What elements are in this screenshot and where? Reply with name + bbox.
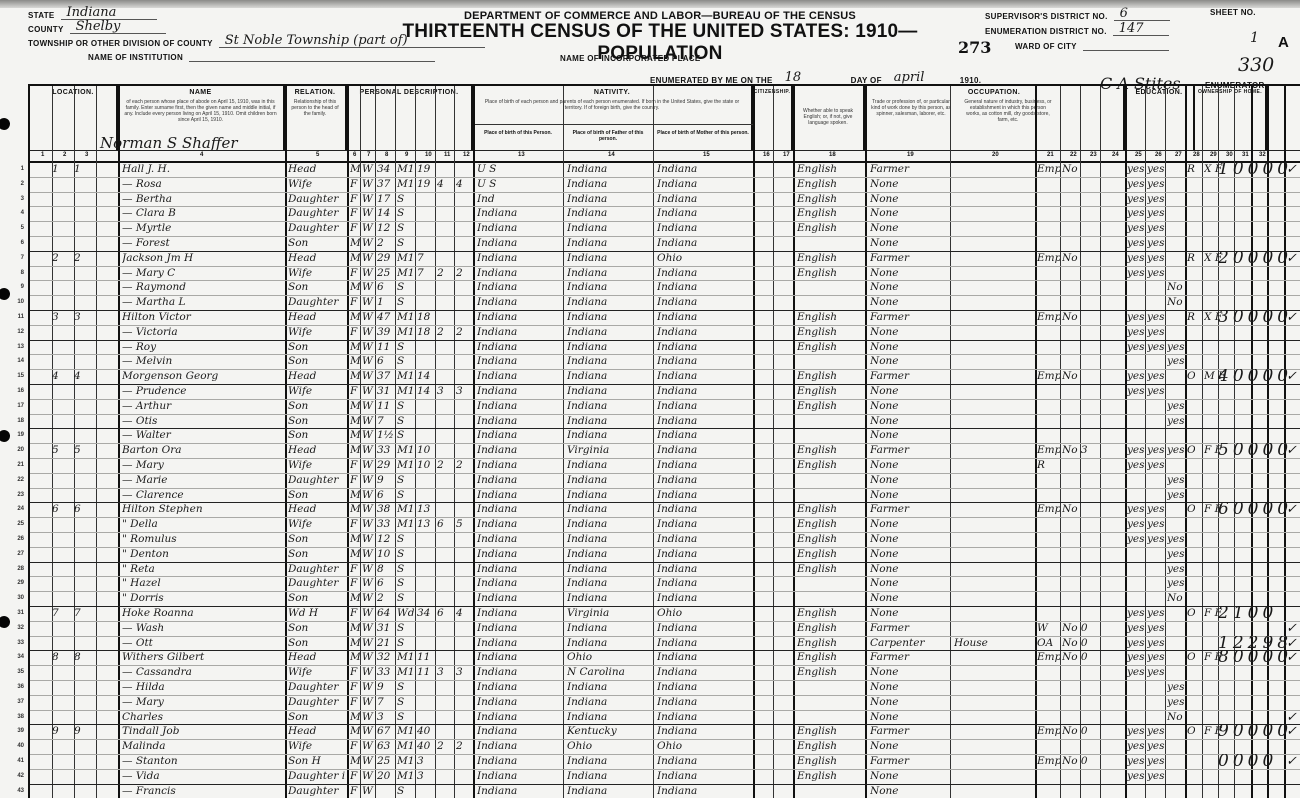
years-married (417, 695, 434, 710)
out-of-work (1062, 458, 1100, 473)
column-number: 22 (1070, 152, 1077, 158)
check-mark (1286, 295, 1300, 310)
years-married: 10 (417, 458, 434, 473)
family-number (74, 784, 94, 798)
birthplace-mother: Indiana (657, 206, 752, 221)
owned-or-rented (1187, 576, 1201, 591)
children-born: 6 (437, 517, 453, 532)
birthplace-person: Indiana (477, 547, 562, 562)
sex: F (350, 739, 360, 754)
section-language: Whether able to speak English; or, if no… (793, 86, 865, 150)
can-write: yes (1147, 650, 1165, 665)
state-label: State (28, 11, 55, 20)
relation: Son (288, 636, 346, 651)
industry (954, 650, 1034, 665)
birthplace-mother: Indiana (657, 621, 752, 636)
sex: M (350, 724, 360, 739)
trade: None (870, 576, 948, 591)
children-living (456, 236, 472, 251)
can-write: yes (1147, 636, 1165, 651)
dwelling-number (52, 266, 72, 281)
marital-status: M1 (397, 724, 415, 739)
person-name: — Vida (122, 769, 284, 784)
table-row: 32— WashSonMW31SIndianaIndianaIndianaEng… (30, 621, 1300, 637)
industry (954, 251, 1034, 266)
check-mark (1286, 340, 1300, 355)
check-mark: ✓ (1286, 162, 1300, 177)
birthplace-father: Ohio (567, 650, 652, 665)
trade: None (870, 428, 948, 443)
birthplace-person: Indiana (477, 280, 562, 295)
birthplace-person: Indiana (477, 606, 562, 621)
check-mark (1286, 517, 1300, 532)
language: English (797, 636, 863, 651)
owned-or-rented (1187, 266, 1201, 281)
education-heading: EDUCATION. (1125, 86, 1193, 96)
birthplace-father: Indiana (567, 384, 652, 399)
column-number: 3 (85, 152, 88, 158)
relation: Son (288, 621, 346, 636)
farm-schedule-number (1218, 562, 1288, 577)
line-number: 6 (8, 236, 24, 251)
check-mark (1286, 354, 1300, 369)
line-number: 18 (8, 414, 24, 429)
language: English (797, 266, 863, 281)
dwelling-number: 2 (52, 251, 72, 266)
marital-status: S (397, 562, 415, 577)
industry-heading: General nature of industry, business, or… (957, 96, 1059, 126)
employer-status (1037, 695, 1060, 710)
birthplace-mother: Indiana (657, 724, 752, 739)
can-write: yes (1147, 369, 1165, 384)
employer-status (1037, 340, 1060, 355)
nativity-heading: NATIVITY. (473, 86, 751, 96)
employer-status (1037, 576, 1060, 591)
table-row: 29" HazelDaughterFW6SIndianaIndianaIndia… (30, 576, 1300, 592)
birthplace-father: Indiana (567, 621, 652, 636)
can-write: yes (1147, 177, 1165, 192)
language: English (797, 502, 863, 517)
language: English (797, 532, 863, 547)
years-married (417, 710, 434, 725)
relation-instructions: Relationship of this person to the head … (285, 96, 345, 120)
race: W (362, 369, 374, 384)
can-read: yes (1127, 517, 1145, 532)
birthplace-father: Indiana (567, 502, 652, 517)
trade: Farmer (870, 251, 948, 266)
children-living (456, 414, 472, 429)
birthplace-person: Indiana (477, 517, 562, 532)
sex: F (350, 517, 360, 532)
table-row: 2055Barton OraHeadMW33M110IndianaVirgini… (30, 443, 1300, 459)
farm-schedule-number (1218, 710, 1288, 725)
line-number: 24 (8, 502, 24, 517)
can-read: yes (1127, 739, 1145, 754)
race: W (362, 295, 374, 310)
out-of-work: No 0 (1062, 650, 1100, 665)
can-write: yes (1147, 532, 1165, 547)
birthplace-person: Indiana (477, 591, 562, 606)
birthplace-mother: Indiana (657, 636, 752, 651)
dwelling-number (52, 665, 72, 680)
person-name: — Martha L (122, 295, 284, 310)
age: 37 (377, 369, 395, 384)
marital-status: S (397, 399, 415, 414)
age: 25 (377, 754, 395, 769)
table-row: 4— Clara BDaughterFW14SIndianaIndianaInd… (30, 206, 1300, 222)
industry (954, 310, 1034, 325)
out-of-work: No 3 (1062, 443, 1100, 458)
industry (954, 221, 1034, 236)
birthplace-mother: Indiana (657, 325, 752, 340)
age: 12 (377, 221, 395, 236)
relation: Daughter (288, 221, 346, 236)
dwelling-number (52, 739, 72, 754)
line-number: 30 (8, 591, 24, 606)
industry (954, 266, 1034, 281)
farm-schedule-number: 10000 (1218, 162, 1288, 177)
dwelling-number: 9 (52, 724, 72, 739)
trade: None (870, 295, 948, 310)
can-write (1147, 295, 1165, 310)
relation: Daughter (288, 695, 346, 710)
trade: Farmer (870, 621, 948, 636)
industry (954, 177, 1034, 192)
sex: F (350, 665, 360, 680)
employer-status (1037, 414, 1060, 429)
line-number: 35 (8, 665, 24, 680)
column-number: 13 (518, 152, 525, 158)
person-name: — Stanton (122, 754, 284, 769)
owned-or-rented (1187, 680, 1201, 695)
birthplace-mother: Ohio (657, 251, 752, 266)
trade: None (870, 280, 948, 295)
line-number: 23 (8, 488, 24, 503)
page-stamp: 330 (1238, 54, 1274, 76)
out-of-work (1062, 384, 1100, 399)
column-number: 27 (1175, 152, 1182, 158)
dwelling-number: 4 (52, 369, 72, 384)
farm-schedule-number (1218, 325, 1288, 340)
personal-heading: PERSONAL DESCRIPTION. (347, 86, 471, 96)
marital-status: M1 (397, 177, 415, 192)
industry (954, 443, 1034, 458)
birthplace-person: Indiana (477, 428, 562, 443)
can-read: yes (1127, 665, 1145, 680)
relation: Wife (288, 458, 346, 473)
trade: None (870, 488, 948, 503)
race: W (362, 502, 374, 517)
can-read: yes (1127, 340, 1145, 355)
owned-or-rented (1187, 206, 1201, 221)
children-born (437, 251, 453, 266)
years-married (417, 591, 434, 606)
birthplace-person: Indiana (477, 206, 562, 221)
birthplace-person: Indiana (477, 443, 562, 458)
employer-status (1037, 354, 1060, 369)
attended-school: yes (1167, 695, 1185, 710)
out-of-work: No (1062, 251, 1100, 266)
farm-schedule-number (1218, 266, 1288, 281)
industry (954, 680, 1034, 695)
children-living (456, 473, 472, 488)
farm-schedule-number (1218, 414, 1288, 429)
children-living (456, 621, 472, 636)
census-table: LOCATION. NAME of each person whose plac… (28, 84, 1300, 798)
birthplace-father: Indiana (567, 488, 652, 503)
farm-schedule-number: 80000 (1218, 650, 1288, 665)
birthplace-mother: Indiana (657, 517, 752, 532)
language (797, 784, 863, 798)
farm-schedule-number (1218, 532, 1288, 547)
table-row: 3— BerthaDaughterFW17SIndIndianaIndianaE… (30, 192, 1300, 208)
dwelling-number (52, 532, 72, 547)
enumeration-date: Enumerated by me on the 18 day of april … (650, 71, 981, 85)
industry (954, 369, 1034, 384)
binder-hole (0, 118, 10, 130)
line-number: 43 (8, 784, 24, 798)
column-number: 20 (992, 152, 999, 158)
attended-school: yes (1167, 354, 1185, 369)
age: 7 (377, 414, 395, 429)
birthplace-father: Indiana (567, 177, 652, 192)
family-number (74, 665, 94, 680)
children-born (437, 650, 453, 665)
can-read (1127, 399, 1145, 414)
employer-status: Emp (1037, 162, 1060, 177)
years-married (417, 562, 434, 577)
check-mark (1286, 784, 1300, 798)
dwelling-number (52, 280, 72, 295)
employer-status (1037, 192, 1060, 207)
can-write (1147, 680, 1165, 695)
birthplace-father: Indiana (567, 310, 652, 325)
marital-status: S (397, 473, 415, 488)
attended-school: No (1167, 295, 1185, 310)
children-living: 3 (456, 665, 472, 680)
sex: M (350, 754, 360, 769)
children-born (437, 280, 453, 295)
owned-or-rented: O (1187, 502, 1201, 517)
years-married: 18 (417, 325, 434, 340)
industry (954, 414, 1034, 429)
out-of-work (1062, 325, 1100, 340)
can-write: yes (1147, 443, 1165, 458)
attended-school: yes (1167, 532, 1185, 547)
owned-or-rented (1187, 621, 1201, 636)
dwelling-number (52, 236, 72, 251)
children-born (437, 354, 453, 369)
dwelling-number: 5 (52, 443, 72, 458)
relation: Daughter (288, 473, 346, 488)
years-married (417, 680, 434, 695)
can-read (1127, 280, 1145, 295)
trade: None (870, 517, 948, 532)
can-write (1147, 591, 1165, 606)
language: English (797, 192, 863, 207)
age: 33 (377, 665, 395, 680)
farm-schedule-number (1218, 458, 1288, 473)
birthplace-mother: Indiana (657, 591, 752, 606)
birthplace-mother: Indiana (657, 428, 752, 443)
supervisor-district-value: 6 (1114, 7, 1170, 21)
column-number: 25 (1135, 152, 1142, 158)
marital-status: S (397, 280, 415, 295)
birthplace-father: Indiana (567, 473, 652, 488)
owned-or-rented (1187, 280, 1201, 295)
children-living (456, 162, 472, 177)
family-number (74, 636, 94, 651)
can-read (1127, 547, 1145, 562)
children-born (437, 399, 453, 414)
owned-or-rented (1187, 295, 1201, 310)
check-mark (1286, 739, 1300, 754)
age: 34 (377, 162, 395, 177)
attended-school: yes (1167, 562, 1185, 577)
children-living (456, 784, 472, 798)
birthplace-father: Indiana (567, 340, 652, 355)
industry (954, 280, 1034, 295)
children-living: 2 (456, 739, 472, 754)
can-write (1147, 695, 1165, 710)
marital-status: M1 (397, 650, 415, 665)
dwelling-number (52, 325, 72, 340)
column-number: 15 (703, 152, 710, 158)
farm-schedule-number (1218, 769, 1288, 784)
race: W (362, 458, 374, 473)
attended-school (1167, 621, 1185, 636)
attended-school: yes (1167, 414, 1185, 429)
age: 25 (377, 266, 395, 281)
dwelling-number: 8 (52, 650, 72, 665)
years-married: 7 (417, 266, 434, 281)
owned-or-rented (1187, 488, 1201, 503)
attended-school: No (1167, 280, 1185, 295)
children-born (437, 162, 453, 177)
birthplace-father: Indiana (567, 251, 652, 266)
years-married (417, 621, 434, 636)
industry (954, 399, 1034, 414)
relation: Daughter (288, 680, 346, 695)
family-number (74, 266, 94, 281)
check-mark: ✓ (1286, 636, 1300, 651)
dwelling-number (52, 710, 72, 725)
township-label: Township or other division of county (28, 39, 213, 48)
can-read (1127, 562, 1145, 577)
children-living (456, 251, 472, 266)
farm-schedule-number (1218, 576, 1288, 591)
family-number (74, 354, 94, 369)
relation: Head (288, 502, 346, 517)
table-row: 13— RoySonMW11SIndianaIndianaIndianaEngl… (30, 340, 1300, 356)
out-of-work: No (1062, 310, 1100, 325)
industry (954, 428, 1034, 443)
family-number (74, 621, 94, 636)
sex: F (350, 192, 360, 207)
years-married: 10 (417, 443, 434, 458)
farm-schedule-number: 2100 (1218, 606, 1288, 621)
can-write: yes (1147, 606, 1165, 621)
race: W (362, 340, 374, 355)
dwelling-number: 7 (52, 606, 72, 621)
years-married (417, 340, 434, 355)
age: 29 (377, 458, 395, 473)
race: W (362, 488, 374, 503)
out-of-work: No (1062, 369, 1100, 384)
can-write: yes (1147, 769, 1165, 784)
can-write (1147, 399, 1165, 414)
table-row: 14— MelvinSonMW6SIndianaIndianaIndianaNo… (30, 354, 1300, 370)
owned-or-rented (1187, 532, 1201, 547)
trade: None (870, 177, 948, 192)
owned-or-rented (1187, 192, 1201, 207)
column-number: 11 (444, 152, 450, 158)
language: English (797, 754, 863, 769)
table-row: 12— VictoriaWifeFW39M11822IndianaIndiana… (30, 325, 1300, 341)
owned-or-rented (1187, 769, 1201, 784)
sex: F (350, 562, 360, 577)
relation: Daughter in law (288, 769, 346, 784)
owned-or-rented (1187, 354, 1201, 369)
line-number: 2 (8, 177, 24, 192)
can-write: yes (1147, 236, 1165, 251)
birthplace-mother: Indiana (657, 221, 752, 236)
children-born: 3 (437, 384, 453, 399)
birthplace-mother: Indiana (657, 576, 752, 591)
birthplace-person: Indiana (477, 266, 562, 281)
birthplace-person: Indiana (477, 650, 562, 665)
race: W (362, 591, 374, 606)
check-mark (1286, 414, 1300, 429)
children-born (437, 754, 453, 769)
can-write (1147, 784, 1165, 798)
person-name: Morgenson Georg (122, 369, 284, 384)
relation: Daughter (288, 576, 346, 591)
can-read (1127, 591, 1145, 606)
employer-status (1037, 295, 1060, 310)
can-write: yes (1147, 325, 1165, 340)
relation: Daughter (288, 562, 346, 577)
birthplace-person: Indiana (477, 458, 562, 473)
race: W (362, 177, 374, 192)
years-married: 3 (417, 754, 434, 769)
dwelling-number (52, 488, 72, 503)
line-number: 40 (8, 739, 24, 754)
column-number: 14 (608, 152, 615, 158)
sex: F (350, 384, 360, 399)
table-row: 1133Hilton VictorHeadMW47M118IndianaIndi… (30, 310, 1300, 326)
can-write: yes (1147, 739, 1165, 754)
birthplace-mother: Indiana (657, 562, 752, 577)
industry (954, 724, 1034, 739)
line-number: 25 (8, 517, 24, 532)
incorporated-place: Name of incorporated place (560, 48, 701, 66)
can-read: yes (1127, 724, 1145, 739)
can-read: yes (1127, 443, 1145, 458)
out-of-work (1062, 591, 1100, 606)
children-born (437, 591, 453, 606)
person-name: Malinda (122, 739, 284, 754)
check-mark (1286, 206, 1300, 221)
birthplace-person: Indiana (477, 473, 562, 488)
years-married: 11 (417, 665, 434, 680)
line-number: 7 (8, 251, 24, 266)
column-number: 16 (763, 152, 770, 158)
person-name: " Denton (122, 547, 284, 562)
table-row: 18— OtisSonMW7SIndianaIndianaIndianaNone… (30, 414, 1300, 430)
attended-school (1167, 236, 1185, 251)
person-name: — Forest (122, 236, 284, 251)
